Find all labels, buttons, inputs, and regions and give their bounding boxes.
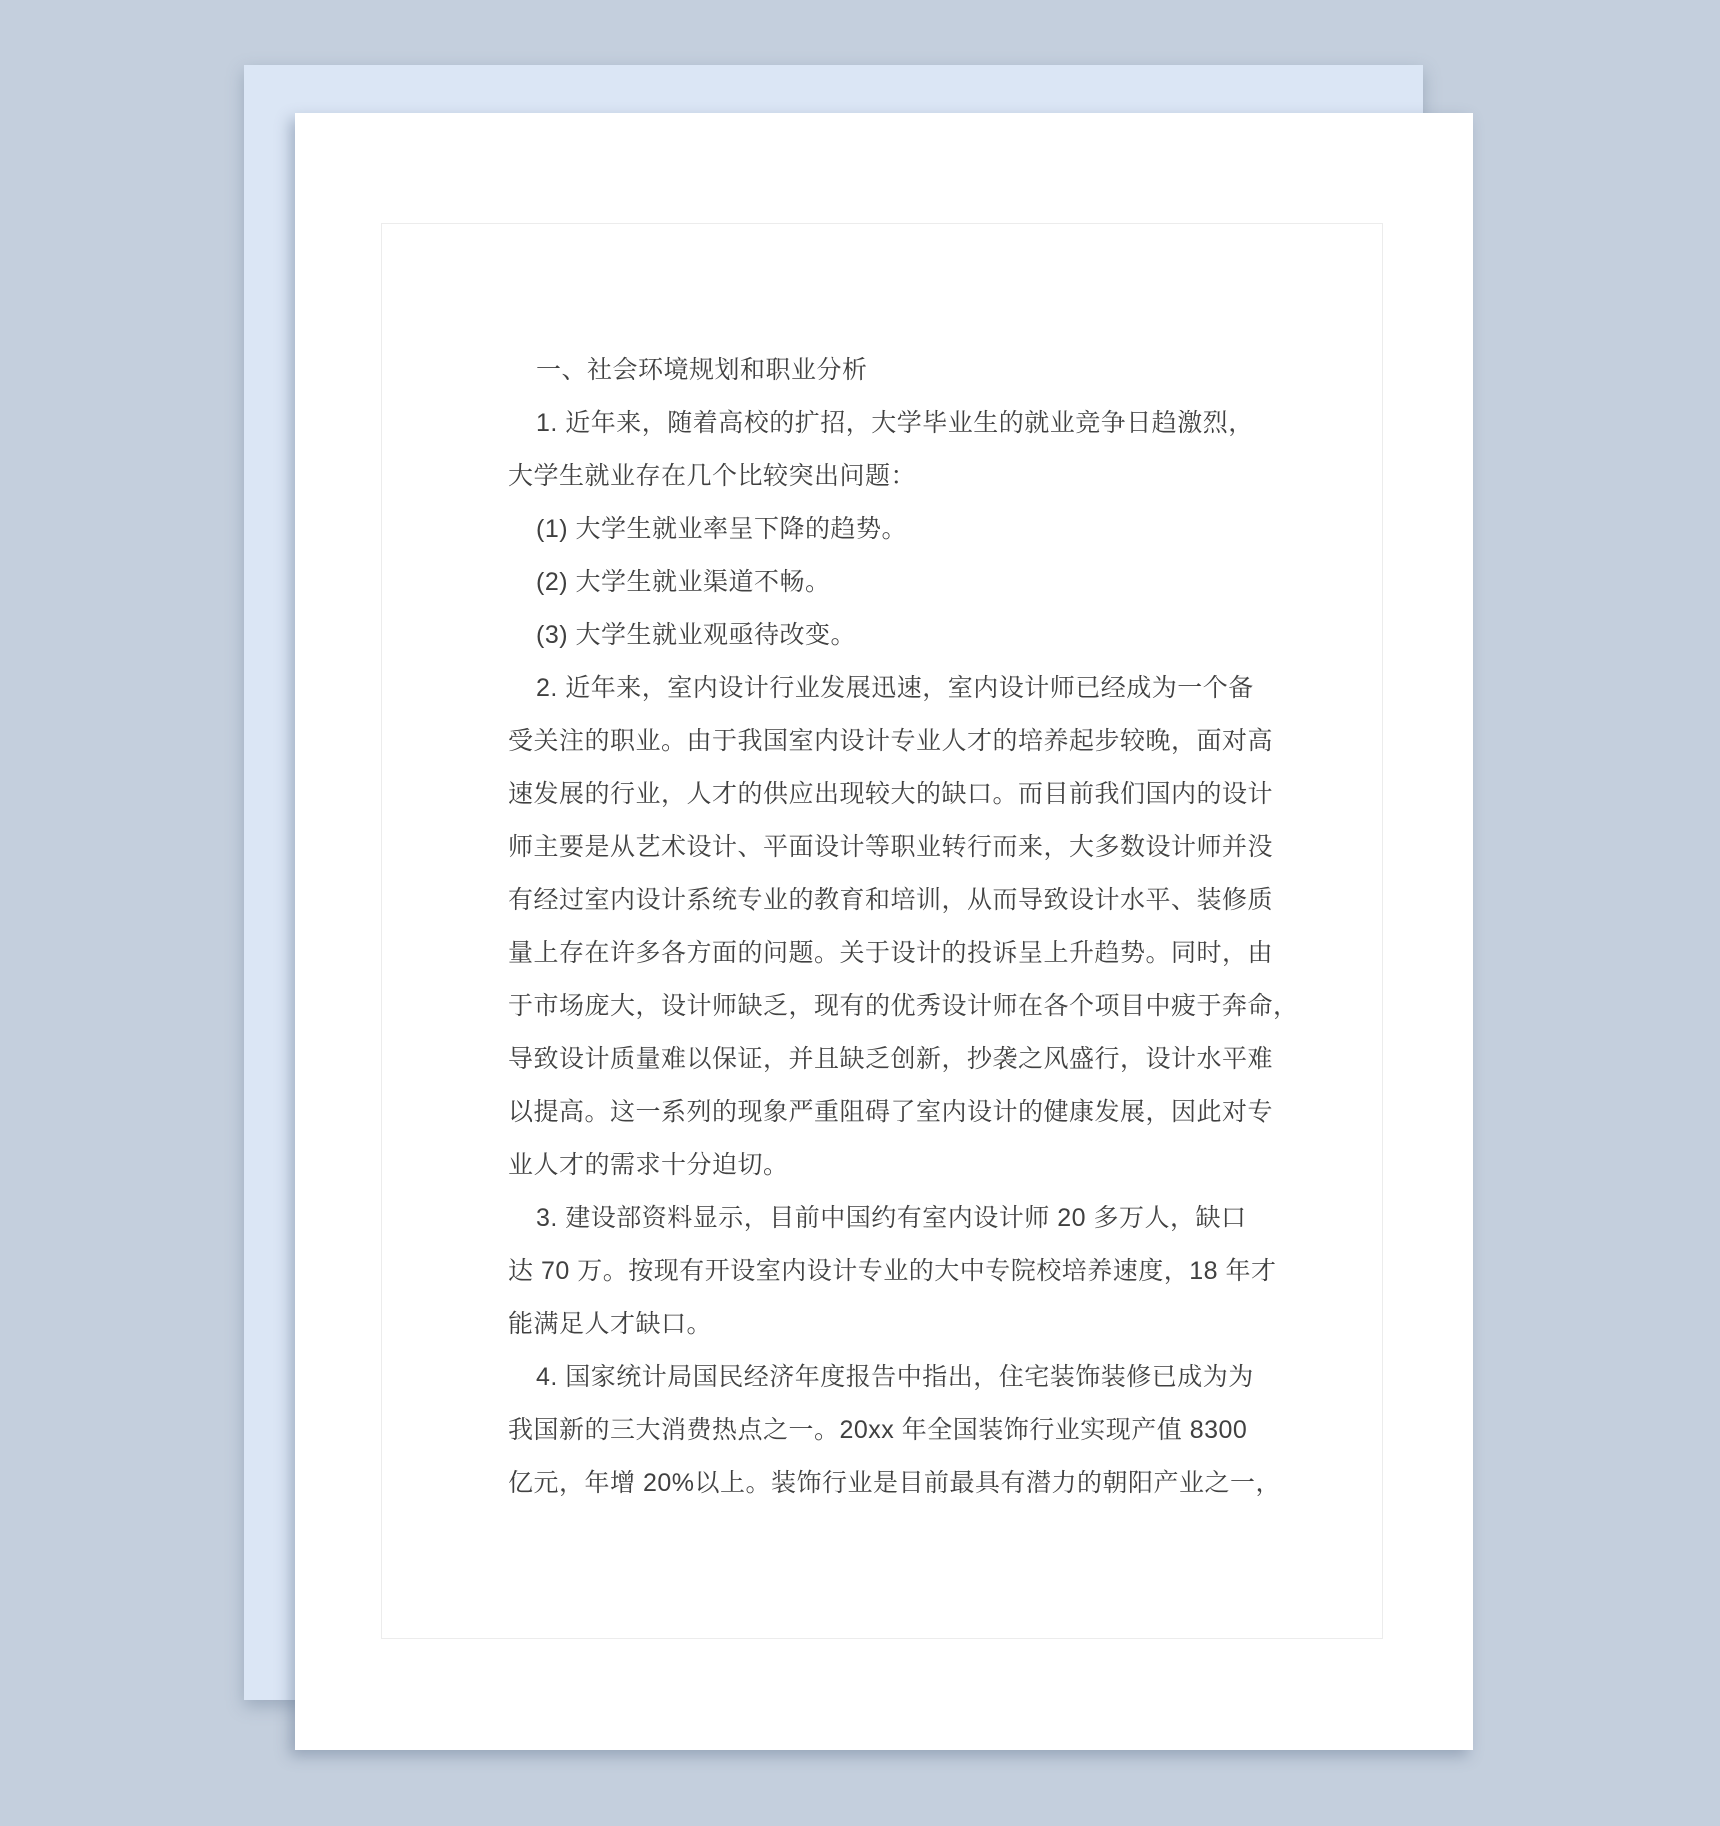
text-line: 3. 建设部资料显示，目前中国约有室内设计师 20 多万人，缺口 bbox=[508, 1192, 1268, 1245]
text-line: 大学生就业存在几个比较突出问题： bbox=[508, 450, 1268, 503]
text-line: (1) 大学生就业率呈下降的趋势。 bbox=[508, 503, 1268, 556]
text-line: 量上存在许多各方面的问题。关于设计的投诉呈上升趋势。同时，由 bbox=[508, 927, 1268, 980]
text-line: 1. 近年来，随着高校的扩招，大学毕业生的就业竞争日趋激烈， bbox=[508, 397, 1268, 450]
text-line: 导致设计质量难以保证，并且缺乏创新，抄袭之风盛行，设计水平难 bbox=[508, 1033, 1268, 1086]
text-line: 4. 国家统计局国民经济年度报告中指出，住宅装饰装修已成为为 bbox=[508, 1351, 1268, 1404]
text-line: 受关注的职业。由于我国室内设计专业人才的培养起步较晚，面对高 bbox=[508, 715, 1268, 768]
text-line: 业人才的需求十分迫切。 bbox=[508, 1139, 1268, 1192]
document-text-block: 一、社会环境规划和职业分析1. 近年来，随着高校的扩招，大学毕业生的就业竞争日趋… bbox=[508, 344, 1268, 1510]
text-line: 于市场庞大，设计师缺乏，现有的优秀设计师在各个项目中疲于奔命， bbox=[508, 980, 1268, 1033]
text-line: 亿元，年增 20%以上。装饰行业是目前最具有潜力的朝阳产业之一， bbox=[508, 1457, 1268, 1510]
text-line: 速发展的行业，人才的供应出现较大的缺口。而目前我们国内的设计 bbox=[508, 768, 1268, 821]
text-line: 我国新的三大消费热点之一。20xx 年全国装饰行业实现产值 8300 bbox=[508, 1404, 1268, 1457]
text-line: 2. 近年来，室内设计行业发展迅速，室内设计师已经成为一个备 bbox=[508, 662, 1268, 715]
text-line: (2) 大学生就业渠道不畅。 bbox=[508, 556, 1268, 609]
text-line: 一、社会环境规划和职业分析 bbox=[508, 344, 1268, 397]
document-page: 一、社会环境规划和职业分析1. 近年来，随着高校的扩招，大学毕业生的就业竞争日趋… bbox=[295, 113, 1473, 1750]
text-line: 能满足人才缺口。 bbox=[508, 1298, 1268, 1351]
text-line: 以提高。这一系列的现象严重阻碍了室内设计的健康发展，因此对专 bbox=[508, 1086, 1268, 1139]
text-line: 达 70 万。按现有开设室内设计专业的大中专院校培养速度，18 年才 bbox=[508, 1245, 1268, 1298]
desktop-background: { "canvas": { "background_color": "#c4cf… bbox=[0, 0, 1720, 1826]
text-line: (3) 大学生就业观亟待改变。 bbox=[508, 609, 1268, 662]
text-line: 师主要是从艺术设计、平面设计等职业转行而来，大多数设计师并没 bbox=[508, 821, 1268, 874]
text-line: 有经过室内设计系统专业的教育和培训，从而导致设计水平、装修质 bbox=[508, 874, 1268, 927]
